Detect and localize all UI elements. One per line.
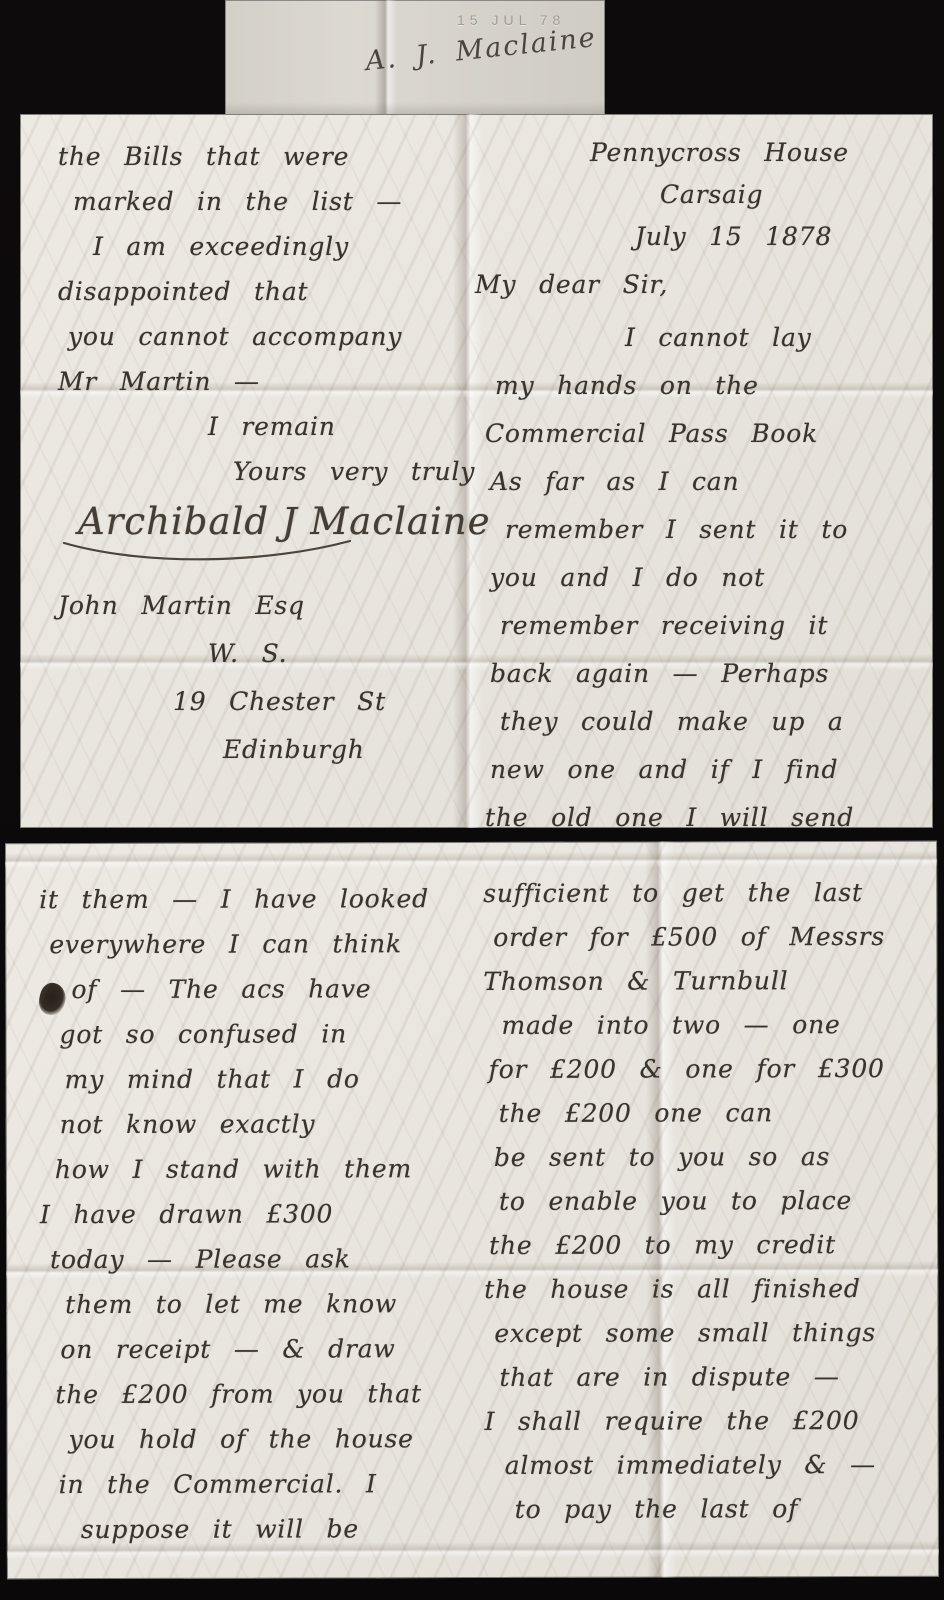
page-letter-middle-2: sufficient to get the last order for £50… bbox=[483, 871, 925, 1532]
letter-line: to enable you to place bbox=[499, 1179, 924, 1224]
letter-line: today — Please ask bbox=[50, 1236, 460, 1282]
docket-name: A. J. Maclaine bbox=[364, 22, 598, 77]
closing-line: Yours very truly bbox=[233, 449, 458, 494]
scanned-letter-background: 15 JUL 78 A. J. Maclaine the Bills that … bbox=[0, 0, 944, 1600]
address-line: W. S. bbox=[208, 630, 458, 678]
letter-line: everywhere I can think bbox=[49, 921, 459, 967]
letter-line: the old one I will send bbox=[485, 794, 925, 842]
letter-heading: Pennycross House Carsaig July 15 1878 bbox=[475, 132, 925, 258]
letter-line: almost immediately & — bbox=[505, 1443, 925, 1488]
letter-line: Mr Martin — bbox=[58, 359, 458, 404]
letter-line: you and I do not bbox=[490, 554, 925, 602]
letter-line: to pay the last of bbox=[515, 1487, 925, 1532]
address-line: 19 Chester St bbox=[173, 678, 458, 726]
letter-line: I am exceedingly bbox=[93, 224, 458, 269]
letter-line: I shall require the £200 bbox=[484, 1399, 924, 1444]
address-line: John Martin Esq bbox=[58, 582, 458, 630]
salutation: My dear Sir, bbox=[475, 262, 925, 308]
letter-line: Thomson & Turnbull bbox=[483, 959, 923, 1004]
letter-line: them to let me know bbox=[65, 1281, 460, 1327]
recipient-address-block: John Martin Esq W. S. 19 Chester St Edin… bbox=[58, 582, 458, 774]
letter-line: they could make up a bbox=[500, 698, 925, 746]
letter-line: disappointed that bbox=[58, 269, 458, 314]
letter-line: the Bills that were bbox=[58, 134, 458, 179]
closing-line: I remain bbox=[208, 404, 458, 449]
salutation-block: My dear Sir, bbox=[475, 262, 925, 308]
address-line: Edinburgh bbox=[223, 726, 458, 774]
letter-line: how I stand with them bbox=[55, 1146, 460, 1192]
letter-line: it them — I have looked bbox=[39, 876, 459, 922]
letter-line: suppose it will be bbox=[81, 1506, 461, 1552]
letter-line: marked in the list — bbox=[73, 179, 458, 224]
letter-line: my hands on the bbox=[495, 362, 925, 410]
letter-line: remember I sent it to bbox=[505, 506, 925, 554]
letter-line: sufficient to get the last bbox=[483, 871, 923, 916]
envelope-flap: 15 JUL 78 A. J. Maclaine bbox=[225, 0, 605, 120]
letter-line: the £200 from you that bbox=[55, 1371, 460, 1417]
page-end-of-letter: the Bills that were marked in the list —… bbox=[58, 134, 458, 563]
signature: Archibald J Maclaine bbox=[78, 500, 458, 543]
letter-sheet-bottom: it them — I have looked everywhere I can… bbox=[5, 841, 939, 1579]
letter-sheet-top: the Bills that were marked in the list —… bbox=[20, 114, 933, 828]
letter-line: in the Commercial. I bbox=[59, 1461, 461, 1507]
letter-line: I have drawn £300 bbox=[40, 1191, 460, 1237]
heading-line-place: Pennycross House bbox=[590, 132, 925, 174]
page-letter-middle-1: it them — I have looked everywhere I can… bbox=[39, 876, 461, 1552]
letter-line: As far as I can bbox=[490, 458, 925, 506]
letter-line: be sent to you so as bbox=[494, 1135, 924, 1180]
page-letter-opening: I cannot lay my hands on the Commercial … bbox=[475, 314, 925, 842]
letter-line: the house is all finished bbox=[484, 1267, 924, 1312]
heading-line-date: July 15 1878 bbox=[635, 216, 925, 258]
fold-crease bbox=[5, 851, 937, 869]
letter-line: new one and if I find bbox=[490, 746, 925, 794]
letter-line: got so confused in bbox=[59, 1011, 459, 1057]
letter-line: remember receiving it bbox=[500, 602, 925, 650]
letter-line: order for £500 of Messrs bbox=[493, 915, 923, 960]
letter-line: the £200 to my credit bbox=[489, 1223, 924, 1268]
letter-line: my mind that I do bbox=[65, 1056, 460, 1102]
letter-line: the £200 one can bbox=[499, 1091, 924, 1136]
letter-line: back again — Perhaps bbox=[490, 650, 925, 698]
letter-line: you hold of the house bbox=[69, 1416, 461, 1462]
heading-line-town: Carsaig bbox=[660, 174, 925, 216]
letter-line: Commercial Pass Book bbox=[485, 410, 925, 458]
letter-line: not know exactly bbox=[60, 1101, 460, 1147]
letter-line: I cannot lay bbox=[625, 314, 925, 362]
letter-line: on receipt — & draw bbox=[60, 1326, 460, 1372]
letter-line: except some small things bbox=[494, 1311, 924, 1356]
letter-line: made into two — one bbox=[501, 1003, 923, 1048]
postmark-stamp: 15 JUL 78 bbox=[457, 12, 565, 28]
letter-line: you cannot accompany bbox=[68, 314, 458, 359]
letter-line: that are in dispute — bbox=[499, 1355, 924, 1400]
letter-line: for £200 & one for £300 bbox=[489, 1047, 924, 1092]
letter-line: of — The acs have bbox=[71, 966, 459, 1012]
